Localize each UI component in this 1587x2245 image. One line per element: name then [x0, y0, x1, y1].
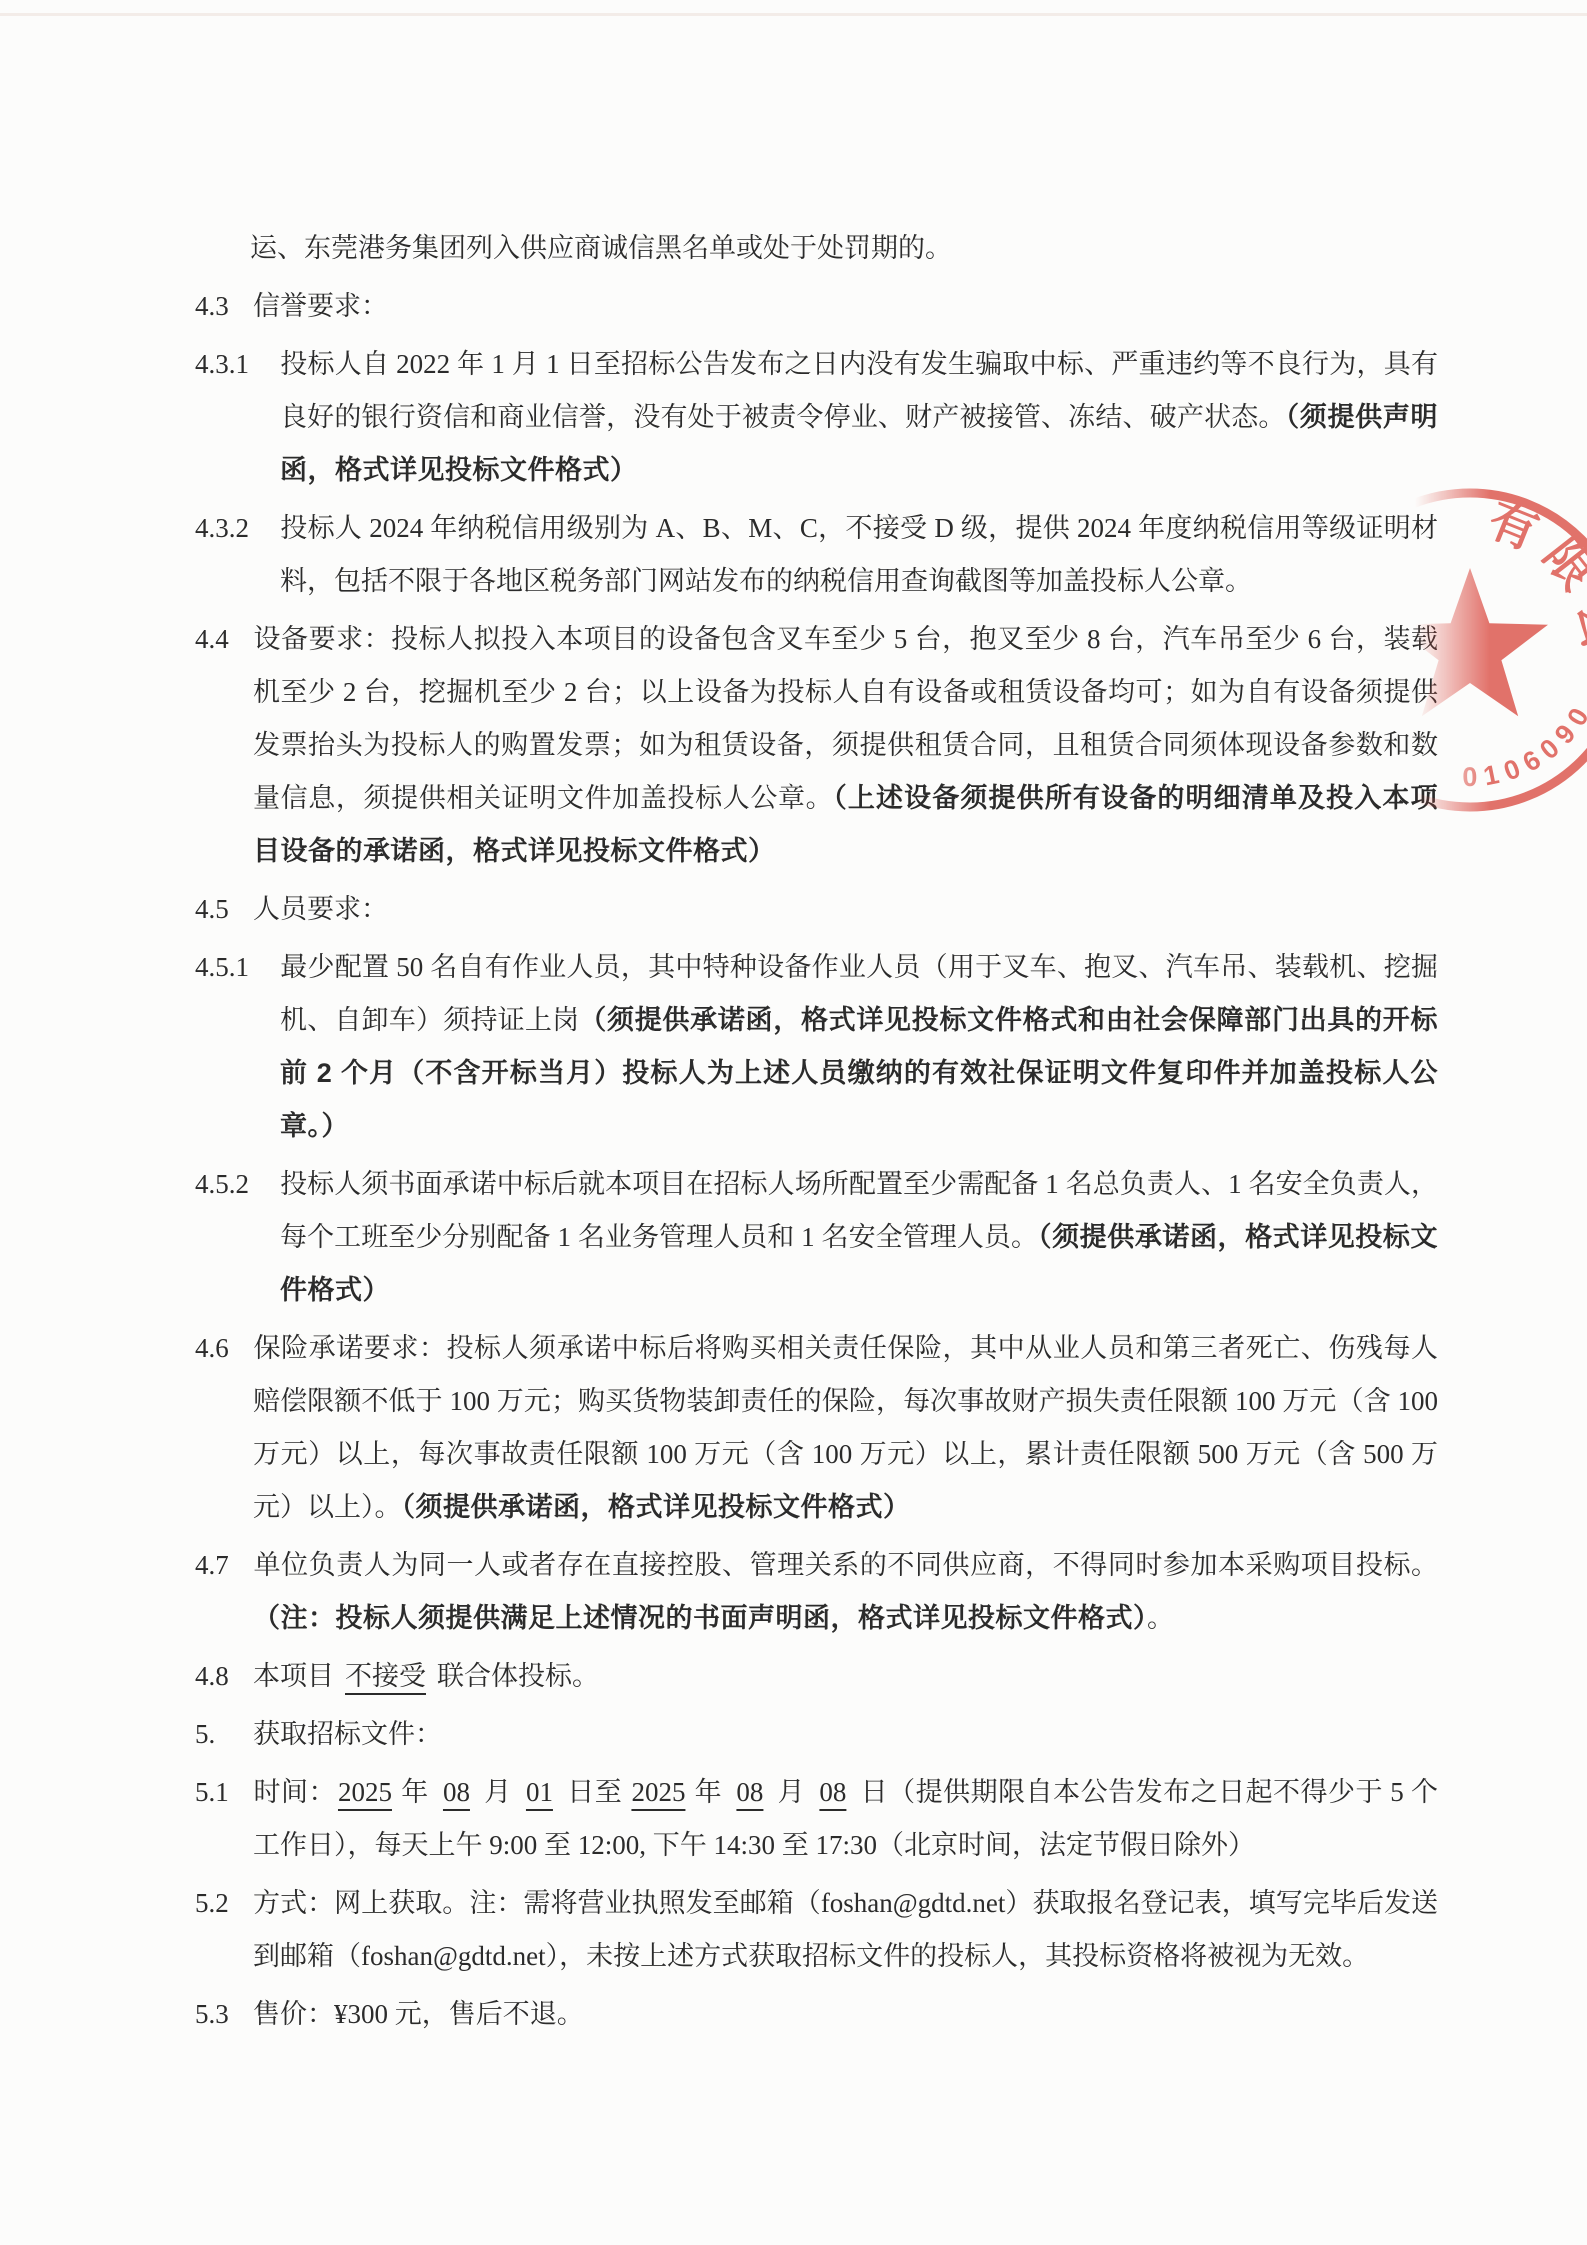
scan-artifact-line	[0, 13, 1587, 16]
clause-text-run: 人员要求：	[253, 894, 388, 924]
date-year-blank: 2025	[336, 1777, 394, 1807]
clause-5-2: 5.2方式：网上获取。注：需将营业执照发至邮箱（foshan@gdtd.net）…	[195, 1877, 1438, 1983]
clause-bold-note: （注：投标人须提供满足上述情况的书面声明函，格式详见投标文件格式）	[253, 1603, 1147, 1633]
clause-number: 5.1	[195, 1766, 253, 1819]
clause-text-run: 获取招标文件：	[253, 1719, 442, 1749]
date-month-blank: 08	[436, 1777, 477, 1807]
clause-4-7: 4.7单位负责人为同一人或者存在直接控股、管理关系的不同供应商，不得同时参加本采…	[195, 1539, 1438, 1645]
clause-number: 4.5.2	[195, 1158, 280, 1211]
clause-number: 5.	[195, 1708, 253, 1761]
clause-number: 5.3	[195, 1988, 253, 2041]
clause-number: 4.4	[195, 613, 253, 666]
clause-4-5-1: 4.5.1最少配置 50 名自有作业人员，其中特种设备作业人员（用于叉车、抱叉、…	[195, 941, 1438, 1153]
clause-text-run: 年	[394, 1777, 436, 1807]
clause-5: 5.获取招标文件：	[195, 1708, 1438, 1761]
clause-text-run: 投标人 2024 年纳税信用级别为 A、B、M、C，不接受 D 级，提供 202…	[280, 513, 1438, 596]
clause-text-run: 日至	[560, 1777, 629, 1807]
clause-number: 5.2	[195, 1877, 253, 1930]
clause-text-run: 月	[770, 1777, 812, 1807]
seal-star-icon	[1392, 568, 1548, 716]
clause-continuation: 运、东莞港务集团列入供应商诚信黑名单或处于处罚期的。	[195, 222, 1438, 275]
clause-number: 4.5	[195, 883, 253, 936]
clause-4-3-2: 4.3.2投标人 2024 年纳税信用级别为 A、B、M、C，不接受 D 级，提…	[195, 502, 1438, 608]
clause-number: 4.8	[195, 1650, 253, 1703]
clause-text-run: 方式：网上获取。注：需将营业执照发至邮箱（foshan@gdtd.net）获取报…	[253, 1888, 1438, 1971]
date-day-blank: 01	[519, 1777, 560, 1807]
clause-text-run: 信誉要求：	[253, 291, 388, 321]
clause-text-run: 运、东莞港务集团列入供应商诚信黑名单或处于处罚期的。	[250, 233, 952, 263]
clause-4-4: 4.4设备要求：投标人拟投入本项目的设备包含叉车至少 5 台，抱叉至少 8 台，…	[195, 613, 1438, 878]
clause-5-1: 5.1时间：2025 年 08 月 01 日至 2025 年 08 月 08 日…	[195, 1766, 1438, 1872]
date-day-blank: 08	[812, 1777, 853, 1807]
clause-number: 4.3	[195, 280, 253, 333]
clause-text-run: 投标人自 2022 年 1 月 1 日至招标公告发布之日内没有发生骗取中标、严重…	[280, 349, 1438, 432]
clause-number: 4.3.1	[195, 338, 280, 391]
clause-4-3-1: 4.3.1投标人自 2022 年 1 月 1 日至招标公告发布之日内没有发生骗取…	[195, 338, 1438, 497]
scanned-document-page: 运、东莞港务集团列入供应商诚信黑名单或处于处罚期的。 4.3信誉要求： 4.3.…	[0, 0, 1587, 2245]
clause-bold-note: （须提供承诺函，格式详见投标文件格式）	[402, 1492, 911, 1522]
clause-text-run: 单位负责人为同一人或者存在直接控股、管理关系的不同供应商，不得同时参加本采购项目…	[253, 1550, 1438, 1580]
clause-text-run: 时间：	[253, 1777, 336, 1807]
clause-text-run: 售价：¥300 元，售后不退。	[253, 1999, 584, 2029]
clause-number: 4.3.2	[195, 502, 280, 555]
clause-4-5: 4.5人员要求：	[195, 883, 1438, 936]
date-year-blank: 2025	[629, 1777, 687, 1807]
clause-text-run: 。	[1147, 1603, 1174, 1633]
clause-4-6: 4.6保险承诺要求：投标人须承诺中标后将购买相关责任保险，其中从业人员和第三者死…	[195, 1322, 1438, 1534]
clause-number: 4.5.1	[195, 941, 280, 994]
clause-number: 4.7	[195, 1539, 253, 1592]
clause-4-5-2: 4.5.2投标人须书面承诺中标后就本项目在招标人场所配置至少需配备 1 名总负责…	[195, 1158, 1438, 1317]
clause-text-run: 月	[477, 1777, 519, 1807]
clause-text-run: 本项目	[253, 1661, 334, 1691]
document-body: 运、东莞港务集团列入供应商诚信黑名单或处于处罚期的。 4.3信誉要求： 4.3.…	[195, 222, 1438, 2046]
clause-4-3: 4.3信誉要求：	[195, 280, 1438, 333]
clause-number: 4.6	[195, 1322, 253, 1375]
clause-text-run: 年	[687, 1777, 729, 1807]
underlined-value: 不接受	[334, 1661, 437, 1691]
clause-4-8: 4.8本项目不接受联合体投标。	[195, 1650, 1438, 1703]
date-month-blank: 08	[729, 1777, 770, 1807]
clause-5-3: 5.3售价：¥300 元，售后不退。	[195, 1988, 1438, 2041]
company-seal-stamp: 有限公司 0106090	[1300, 475, 1587, 835]
clause-text-run: 联合体投标。	[437, 1661, 599, 1691]
